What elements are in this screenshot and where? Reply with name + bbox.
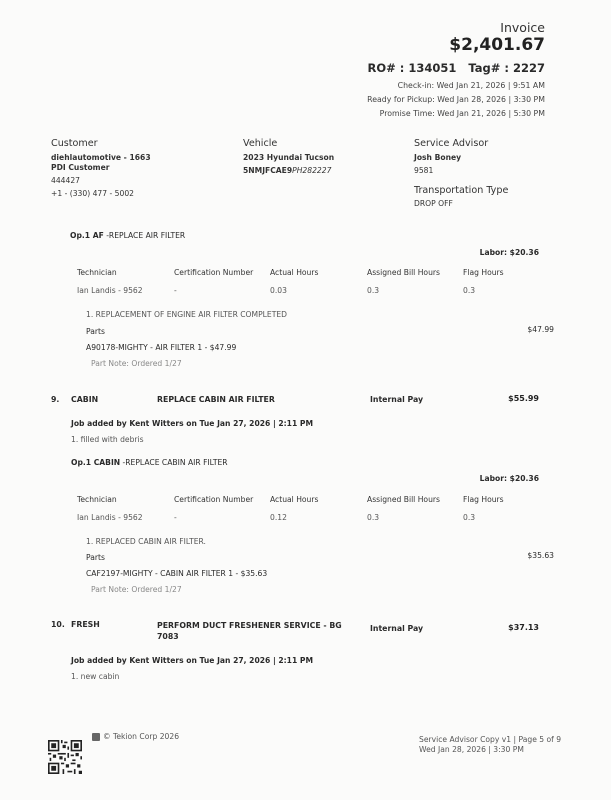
col-flag-hours: Flag Hours: [463, 268, 504, 277]
af-parts-label: Parts: [86, 327, 105, 336]
af-work-note: 1. REPLACEMENT OF ENGINE AIR FILTER COMP…: [86, 310, 287, 319]
op-cabin-labor: Labor: $20.36: [480, 474, 539, 483]
ready-for-pickup-time: Ready for Pickup: Wed Jan 28, 2026 | 3:3…: [367, 95, 545, 104]
col-actual-hours-2: Actual Hours: [270, 495, 318, 504]
transport-value: DROP OFF: [414, 199, 453, 208]
op-af-labor: Labor: $20.36: [480, 248, 539, 257]
advisor-heading: Service Advisor: [414, 138, 488, 149]
promise-time: Promise Time: Wed Jan 21, 2026 | 5:30 PM: [380, 109, 545, 118]
check-in-time: Check-in: Wed Jan 21, 2026 | 9:51 AM: [398, 81, 545, 90]
cabin-certification: -: [174, 513, 177, 522]
job9-amount: $55.99: [508, 394, 539, 403]
col-assigned-bill-hours: Assigned Bill Hours: [367, 268, 440, 277]
invoice-total: $2,401.67: [449, 35, 545, 55]
cabin-actual-hours: 0.12: [270, 513, 287, 522]
qr-code-icon: [48, 740, 82, 774]
af-flag-hours: 0.3: [463, 286, 475, 295]
ro-number: RO# : 134051: [368, 61, 457, 75]
cabin-parts-total: $35.63: [527, 551, 554, 560]
cabin-flag-hours: 0.3: [463, 513, 475, 522]
job9-code: CABIN: [71, 395, 98, 404]
col-technician-2: Technician: [77, 495, 117, 504]
cabin-bill-hours: 0.3: [367, 513, 379, 522]
footer-copy-info: Service Advisor Copy v1 | Page 5 of 9: [419, 735, 561, 744]
job9-added-by: Job added by Kent Witters on Tue Jan 27,…: [71, 419, 313, 428]
col-technician: Technician: [77, 268, 117, 277]
af-bill-hours: 0.3: [367, 286, 379, 295]
job9-pay-type: Internal Pay: [370, 395, 423, 404]
customer-type: PDI Customer: [51, 163, 110, 172]
job10-desc: PERFORM DUCT FRESHENER SERVICE - BG 7083: [157, 620, 342, 642]
ro-tag-line: RO# : 134051Tag# : 2227: [368, 61, 546, 75]
cabin-technician: Ian Landis - 9562: [77, 513, 143, 522]
advisor-name: Josh Boney: [414, 153, 461, 162]
op-cabin-title: Op.1 CABIN -REPLACE CABIN AIR FILTER: [71, 458, 228, 467]
af-part-note: Part Note: Ordered 1/27: [91, 359, 182, 368]
tekion-logo-icon: [92, 733, 100, 741]
vin-suffix: PH282227: [292, 166, 331, 175]
customer-number: 444427: [51, 176, 80, 185]
col-assigned-bill-hours-2: Assigned Bill Hours: [367, 495, 440, 504]
job10-added-by: Job added by Kent Witters on Tue Jan 27,…: [71, 656, 313, 665]
vin-prefix: 5NMJFCAE9: [243, 166, 292, 175]
af-part-line: A90178-MIGHTY - AIR FILTER 1 - $47.99: [86, 343, 236, 352]
vehicle-vin: 5NMJFCAE9PH282227: [243, 166, 331, 175]
af-actual-hours: 0.03: [270, 286, 287, 295]
job10-pay-type: Internal Pay: [370, 624, 423, 633]
af-certification: -: [174, 286, 177, 295]
job9-number: 9.: [51, 395, 59, 404]
col-flag-hours-2: Flag Hours: [463, 495, 504, 504]
advisor-id: 9581: [414, 166, 433, 175]
footer-printed-date: Wed Jan 28, 2026 | 3:30 PM: [419, 745, 524, 754]
vehicle-model: 2023 Hyundai Tucson: [243, 153, 334, 162]
vehicle-heading: Vehicle: [243, 138, 277, 149]
col-actual-hours: Actual Hours: [270, 268, 318, 277]
col-certification-2: Certification Number: [174, 495, 253, 504]
customer-name: diehlautomotive - 1663: [51, 153, 151, 162]
job9-desc: REPLACE CABIN AIR FILTER: [157, 395, 275, 404]
customer-heading: Customer: [51, 138, 98, 149]
af-parts-total: $47.99: [527, 325, 554, 334]
job10-number: 10.: [51, 620, 65, 629]
cabin-parts-label: Parts: [86, 553, 105, 562]
job10-concern: 1. new cabin: [71, 672, 119, 681]
transport-heading: Transportation Type: [414, 185, 508, 196]
cabin-work-note: 1. REPLACED CABIN AIR FILTER.: [86, 537, 206, 546]
invoice-title: Invoice: [500, 20, 545, 35]
cabin-part-note: Part Note: Ordered 1/27: [91, 585, 182, 594]
footer-copyright: © Tekion Corp 2026: [103, 732, 179, 741]
customer-phone: +1 - (330) 477 - 5002: [51, 189, 134, 198]
job10-code: FRESH: [71, 620, 100, 629]
cabin-part-line: CAF2197-MIGHTY - CABIN AIR FILTER 1 - $3…: [86, 569, 267, 578]
op-af-title: Op.1 AF -REPLACE AIR FILTER: [70, 231, 185, 240]
af-technician: Ian Landis - 9562: [77, 286, 143, 295]
job9-concern: 1. filled with debris: [71, 435, 144, 444]
job10-amount: $37.13: [508, 623, 539, 632]
col-certification: Certification Number: [174, 268, 253, 277]
tag-number: Tag# : 2227: [468, 61, 545, 75]
